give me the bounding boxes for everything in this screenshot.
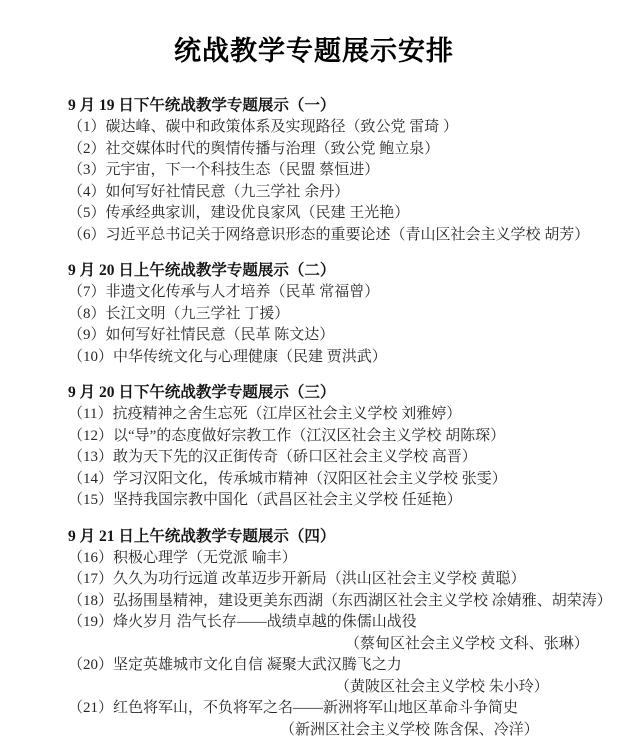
- agenda-item: （9）如何写好社情民意（民革 陈文达）: [68, 325, 622, 347]
- section-3: 9 月 20 日下午统战教学专题展示（三）（11）抗疫精神之舍生忘死（江岸区社会…: [68, 381, 622, 512]
- agenda-item: （21）红色将军山，不负将军之名——新洲将军山地区革命斗争简史: [68, 698, 622, 720]
- agenda-item: （3）元宇宙，下一个科技生态（民盟 蔡恒进）: [68, 160, 622, 182]
- agenda-item: （1）碳达峰、碳中和政策体系及实现路径（致公党 雷琦 ）: [68, 117, 622, 139]
- agenda-item: （20）坚定英雄城市文化自信 凝聚大武汉腾飞之力: [68, 655, 622, 677]
- document-page: 统战教学专题展示安排 9 月 19 日下午统战教学专题展示（一）（1）碳达峰、碳…: [0, 0, 628, 738]
- document-title: 统战教学专题展示安排: [0, 0, 628, 66]
- agenda-item: （2）社交媒体时代的舆情传播与治理（致公党 鲍立泉）: [68, 139, 622, 161]
- agenda-item: （11）抗疫精神之舍生忘死（江岸区社会主义学校 刘雅婷）: [68, 404, 622, 426]
- agenda-item: （7）非遗文化传承与人才培养（民革 常福曾）: [68, 282, 622, 304]
- agenda-item-continuation: （蔡甸区社会主义学校 文科、张琳）: [68, 634, 622, 656]
- section-heading: 9 月 19 日下午统战教学专题展示（一）: [68, 94, 622, 117]
- agenda-item: （5）传承经典家训，建设优良家风（民建 王光艳）: [68, 203, 622, 225]
- section-heading: 9 月 20 日下午统战教学专题展示（三）: [68, 381, 622, 404]
- agenda-item: （6）习近平总书记关于网络意识形态的重要论述（青山区社会主义学校 胡芳）: [68, 225, 622, 247]
- agenda-item: （16）积极心理学（无党派 喻丰）: [68, 548, 622, 570]
- agenda-item: （10）中华传统文化与心理健康（民建 贾洪武）: [68, 347, 622, 369]
- agenda-item: （4）如何写好社情民意（九三学社 余丹）: [68, 182, 622, 204]
- section-heading: 9 月 21 日上午统战教学专题展示（四）: [68, 525, 622, 548]
- agenda-item-continuation: （黄陂区社会主义学校 朱小玲）: [68, 677, 622, 699]
- agenda-item-continuation: （新洲区社会主义学校 陈含保、冷洋）: [68, 720, 622, 738]
- agenda-item: （14）学习汉阳文化，传承城市精神（汉阳区社会主义学校 张雯）: [68, 469, 622, 491]
- agenda-item: （8）长江文明（九三学社 丁援）: [68, 304, 622, 326]
- agenda-item: （15）坚持我国宗教中国化（武昌区社会主义学校 任延艳）: [68, 490, 622, 512]
- agenda-item: （18）弘扬围垦精神，建设更美东西湖（东西湖区社会主义学校 凃婧雅、胡荣涛）: [68, 591, 622, 613]
- schedule-sections: 9 月 19 日下午统战教学专题展示（一）（1）碳达峰、碳中和政策体系及实现路径…: [0, 66, 628, 738]
- agenda-item: （12）以“导”的态度做好宗教工作（江汉区社会主义学校 胡陈琛）: [68, 426, 622, 448]
- section-1: 9 月 19 日下午统战教学专题展示（一）（1）碳达峰、碳中和政策体系及实现路径…: [68, 94, 622, 246]
- agenda-item: （17）久久为功行远道 改革迈步开新局（洪山区社会主义学校 黄聪）: [68, 569, 622, 591]
- section-heading: 9 月 20 日上午统战教学专题展示（二）: [68, 259, 622, 282]
- section-2: 9 月 20 日上午统战教学专题展示（二）（7）非遗文化传承与人才培养（民革 常…: [68, 259, 622, 368]
- agenda-item: （13）敢为天下先的汉正街传奇（硚口区社会主义学校 高晋）: [68, 447, 622, 469]
- section-4: 9 月 21 日上午统战教学专题展示（四）（16）积极心理学（无党派 喻丰）（1…: [68, 525, 622, 738]
- agenda-item: （19）烽火岁月 浩气长存——战绩卓越的侏儒山战役: [68, 612, 622, 634]
